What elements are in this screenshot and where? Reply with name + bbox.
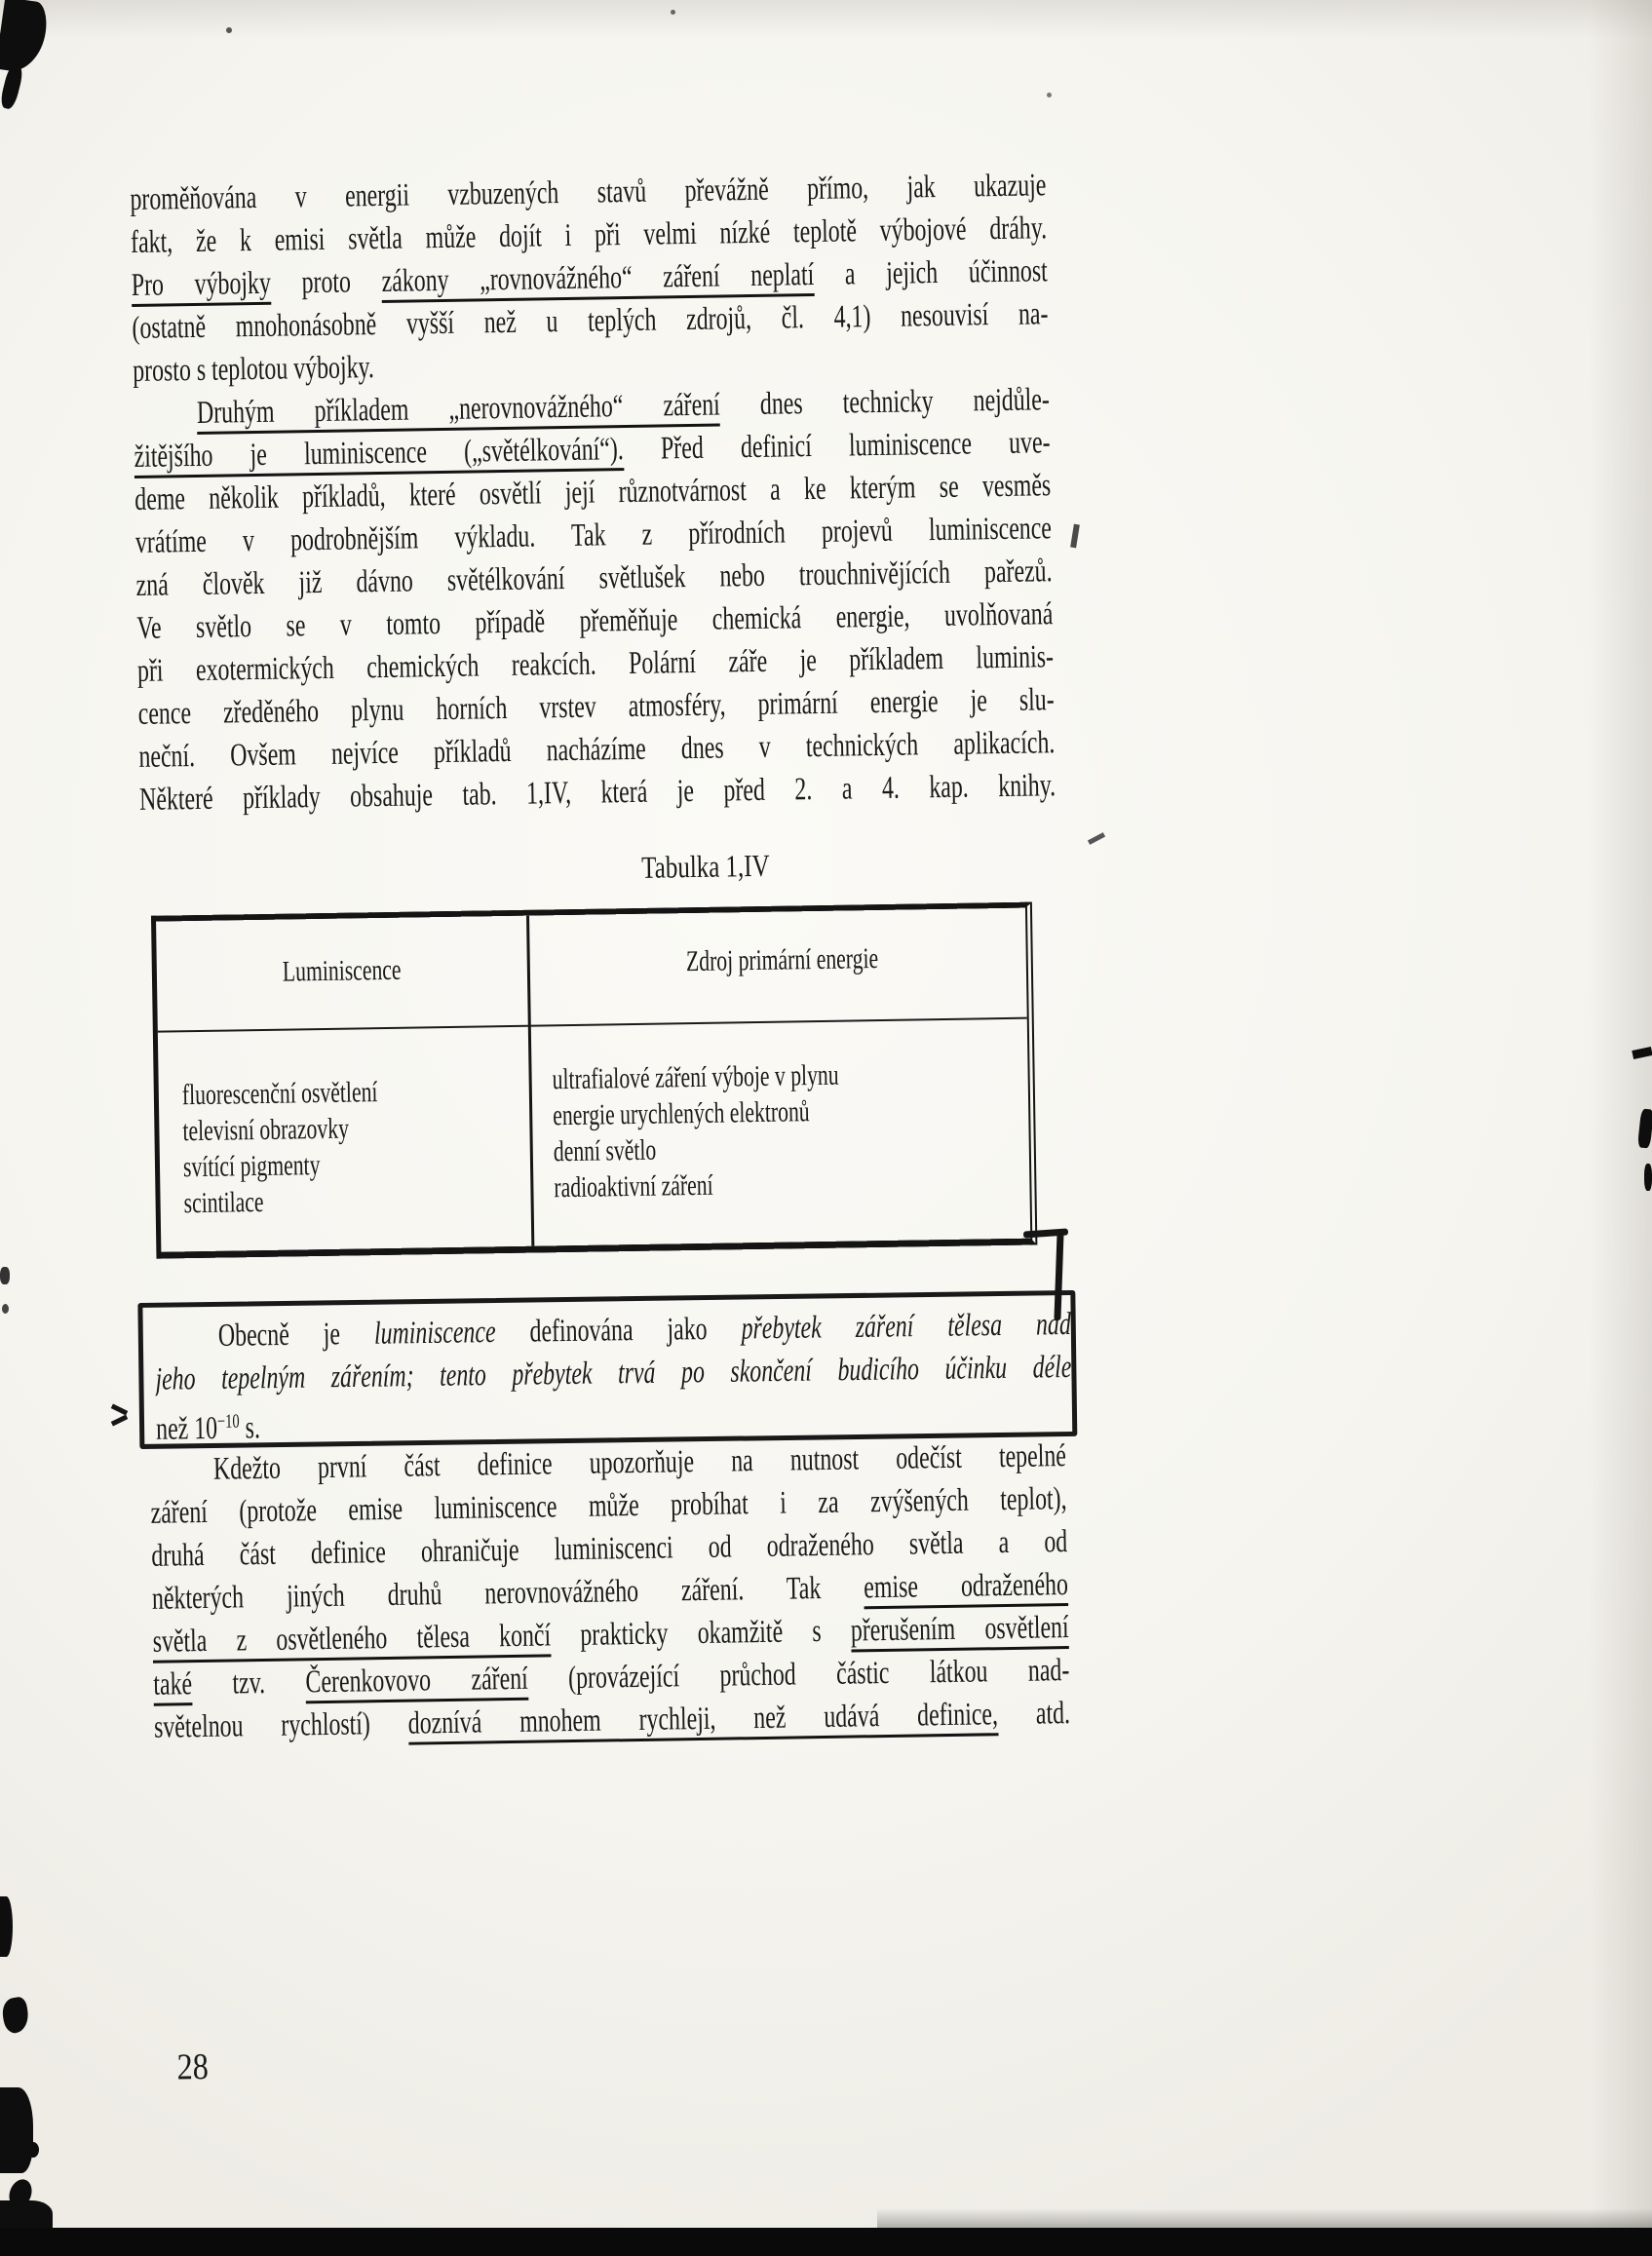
definition-pen-box: Obecně je luminiscence definována jako p… — [137, 1290, 1077, 1449]
paragraph-closing-text: Kdežto první část definice upozorňuje na… — [150, 1434, 1071, 1749]
ink-speck — [671, 10, 675, 15]
text-segment: scintilace — [183, 1186, 263, 1219]
text-segment: než 10 — [156, 1411, 217, 1444]
text-segment: Některé příklady obsahuje tab. 1,IV, kte… — [139, 768, 1056, 818]
pen-underlined-text: přerušením osvětlení — [851, 1610, 1069, 1655]
text-segment: Obecně je — [218, 1317, 375, 1354]
paper-shadow-top — [0, 0, 1652, 39]
scanned-book-page: { "page": { "number": "28" }, "p12": { "… — [0, 0, 1652, 2256]
text-segment: −10 — [217, 1411, 240, 1433]
table-cells-right: ultrafialové záření výboje v plynuenergi… — [552, 1054, 1033, 1206]
text-segment: a jejich účinnost — [814, 253, 1048, 292]
ink-smudge — [27, 2142, 39, 2158]
text-segment: luminiscence — [374, 1315, 496, 1352]
text-line: svítící pigmenty — [183, 1144, 522, 1185]
table-caption: Tabulka 1,IV — [641, 843, 806, 889]
text-segment: Před definicí luminiscence uve- — [623, 425, 1050, 467]
ink-smudge — [0, 63, 24, 111]
ink-smudge — [0, 2087, 33, 2173]
scan-edge-bar — [0, 2228, 1652, 2256]
ink-speck — [226, 27, 232, 33]
text-segment: tzv. — [192, 1664, 306, 1702]
page-content: proměňována v energii vzbuzených stavů p… — [130, 159, 1077, 2171]
paragraph-closing: Kdežto první část definice upozorňuje na… — [150, 1429, 1422, 1748]
text-line: fluorescenční osvětlení — [182, 1072, 521, 1113]
definition-text: Obecně je luminiscence definována jako p… — [155, 1303, 1073, 1444]
text-segment: prosto s teplotou výbojky. — [133, 350, 374, 389]
page-number: 28 — [176, 2046, 209, 2089]
text-segment: (provázející průchod částic látkou nad- — [527, 1653, 1069, 1697]
text-segment: radioaktivní záření — [554, 1169, 713, 1204]
table-header-luminiscence: Luminiscence — [157, 949, 527, 994]
paragraph-opening: proměňována v energii vzbuzených stavů p… — [130, 159, 1406, 822]
ink-speck — [1047, 93, 1052, 97]
text-segment: přebytek záření tělesa nad — [741, 1307, 1071, 1347]
table-caption-text: Tabulka 1,IV — [641, 844, 770, 889]
text-segment — [155, 1319, 219, 1355]
text-segment: svítící pigmenty — [183, 1149, 321, 1183]
table-cells-left: fluorescenční osvětlenítelevisní obrazov… — [182, 1072, 522, 1221]
text-segment: energie urychlených elektronů — [553, 1095, 810, 1131]
text-segment: denní světlo — [554, 1134, 657, 1168]
table-header-zdroj: Zdroj primární energie — [526, 937, 1037, 983]
text-segment: atd. — [998, 1696, 1071, 1732]
text-segment: televisní obrazovky — [182, 1113, 349, 1148]
text-segment: dnes technicky nejdůle- — [719, 382, 1050, 422]
ink-smudge — [0, 0, 50, 75]
ink-smudge — [1644, 1164, 1652, 1191]
pen-underlined-text: doznívá mnohem rychleji, než udává defin… — [407, 1697, 998, 1747]
scan-edge-smear — [877, 2208, 1652, 2228]
text-segment: definována jako — [495, 1312, 742, 1350]
text-segment: s. — [239, 1410, 260, 1443]
ink-speck — [1088, 832, 1105, 845]
text-line: scintilace — [183, 1180, 522, 1221]
ink-smudge — [0, 1267, 10, 1284]
text-line: televisní obrazovky — [182, 1108, 521, 1149]
text-segment: světelnou rychlostí) — [154, 1706, 408, 1745]
pen-underlined-text: Čerenkovovo záření — [305, 1662, 528, 1706]
text-segment: prakticky okamžitě s — [551, 1614, 851, 1654]
pen-underlined-text: světla z osvětleného tělesa končí — [152, 1618, 551, 1663]
pen-arrow-mark — [111, 1415, 128, 1427]
pen-underlined-text: emise odraženého — [864, 1567, 1068, 1611]
text-segment: fluorescenční osvětlení — [182, 1076, 378, 1111]
pen-underlined-text: také — [153, 1666, 192, 1706]
text-segment — [150, 1452, 214, 1488]
table-header-separator — [158, 1017, 1027, 1033]
text-segment — [134, 396, 198, 432]
text-line: radioaktivní záření — [554, 1163, 1033, 1206]
paragraph-opening-text: proměňována v energii vzbuzených stavů p… — [130, 164, 1056, 822]
text-segment: ultrafialové záření výboje v plynu — [552, 1059, 838, 1096]
pen-underlined-text: Pro výbojky — [132, 266, 272, 307]
ink-smudge — [0, 1896, 13, 1957]
text-segment: jeho tepelným zářením; tento přebytek tr… — [155, 1350, 1071, 1397]
ink-smudge — [0, 1996, 31, 2035]
ink-smudge — [2, 1304, 9, 1314]
luminescence-table: Luminiscence Zdroj primární energie fluo… — [151, 902, 1037, 1259]
text-segment: proto — [271, 264, 382, 301]
text-segment: některých jiných druhů nerovnovážného zá… — [152, 1570, 864, 1616]
